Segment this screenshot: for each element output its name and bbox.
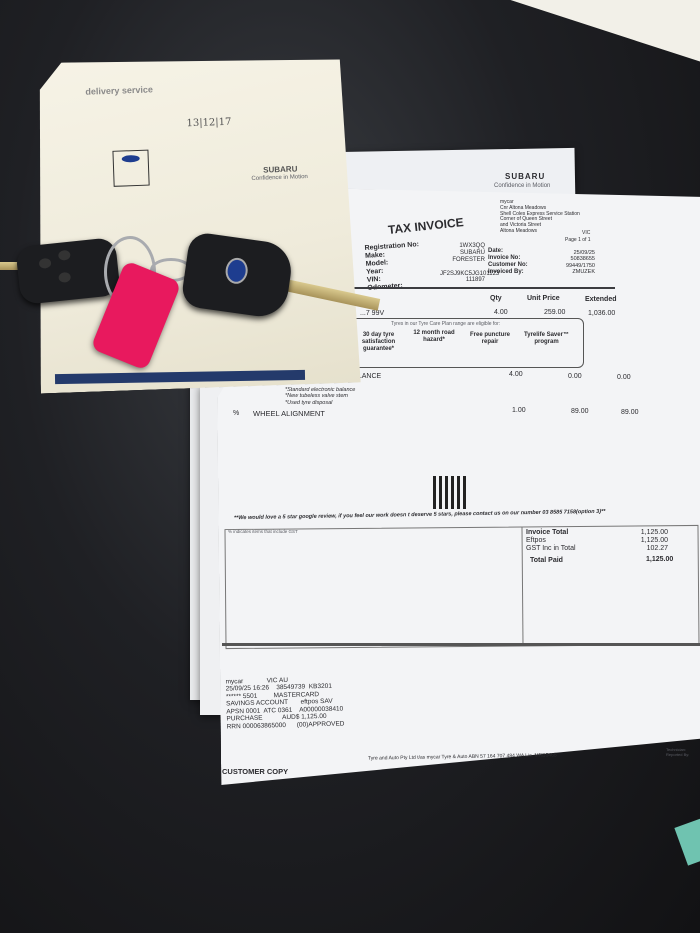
teal-object <box>674 814 700 865</box>
total-paid-value: 1,125.00 <box>646 556 673 564</box>
delivery-service-booklet: delivery service 13|12|17 SUBARU Confide… <box>29 53 360 394</box>
totals-box <box>224 525 699 649</box>
invoice-tagline: Confidence in Motion <box>494 183 550 190</box>
invoice-meta-labels: Date:Invoice No:Customer No:Invoiced By: <box>488 248 528 276</box>
col-unit-price: Unit Price <box>527 295 560 303</box>
item-desc: WHEEL ALIGNMENT <box>253 410 325 419</box>
booklet-date: 13|12|17 <box>186 117 231 130</box>
qr-code <box>433 476 466 509</box>
item-unit: 259.00 <box>544 309 565 317</box>
col-qty: Qty <box>490 295 502 303</box>
lock-button-icon <box>39 258 52 269</box>
item-ext: 1,036.00 <box>588 310 615 318</box>
invoice-meta-values: 25/09/255083865599449/1750ZMUZEK <box>560 250 595 275</box>
totals-labels: Invoice TotalEftposGST Inc in Total <box>526 529 576 553</box>
invoice-brand: SUBARU <box>505 172 545 181</box>
item-unit: 89.00 <box>571 408 589 416</box>
dealer-state: VIC <box>582 231 590 237</box>
totals-values: 1,125.001,125.00102.27 <box>630 529 668 553</box>
panic-button-icon <box>58 250 71 261</box>
booklet-brand: SUBARU <box>263 164 298 174</box>
receipt-divider <box>222 643 700 646</box>
eftpos-receipt: mycar VIC AU25/09/25 16:26 38549739 KB32… <box>225 660 345 738</box>
item-desc: ...7 99V <box>360 310 384 318</box>
dealer-stamp <box>112 150 149 187</box>
item-qty: 4.00 <box>509 371 523 379</box>
item-notes: *Standard electronic balance*New tubeles… <box>285 387 355 406</box>
dealer-address: mycarCnr Altona MeadowsShell Coles Expre… <box>500 200 580 235</box>
customer-copy: CUSTOMER COPY <box>222 768 288 777</box>
item-unit: 0.00 <box>568 373 582 381</box>
unlock-button-icon <box>58 272 71 283</box>
booklet-tagline: Confidence in Motion <box>251 174 308 183</box>
header-divider <box>345 287 615 289</box>
tyre-care-box: Tyres in our Tyre Care Plan range are el… <box>350 318 584 368</box>
item-qty: 4.00 <box>494 309 508 317</box>
gst-marker: % <box>233 410 239 418</box>
paper-corner-top-right <box>472 0 700 68</box>
technician-label: Technician:Reported By: <box>666 748 689 757</box>
page-indicator: Page 1 of 1 <box>565 238 591 244</box>
item-ext: 89.00 <box>621 409 639 417</box>
item-qty: 1.00 <box>512 407 526 415</box>
col-extended: Extended <box>585 296 617 304</box>
vehicle-labels: Registration No:Make:Model:Year:VIN:Odom… <box>364 241 422 293</box>
item-ext: 0.00 <box>617 374 631 382</box>
total-paid-label: Total Paid <box>530 557 563 565</box>
booklet-title: delivery service <box>85 84 153 97</box>
subaru-logo-icon <box>224 256 249 285</box>
vehicle-values: 1WX3QQSUBARUFORESTER JF2SJ9KC5JG10112311… <box>440 243 485 284</box>
